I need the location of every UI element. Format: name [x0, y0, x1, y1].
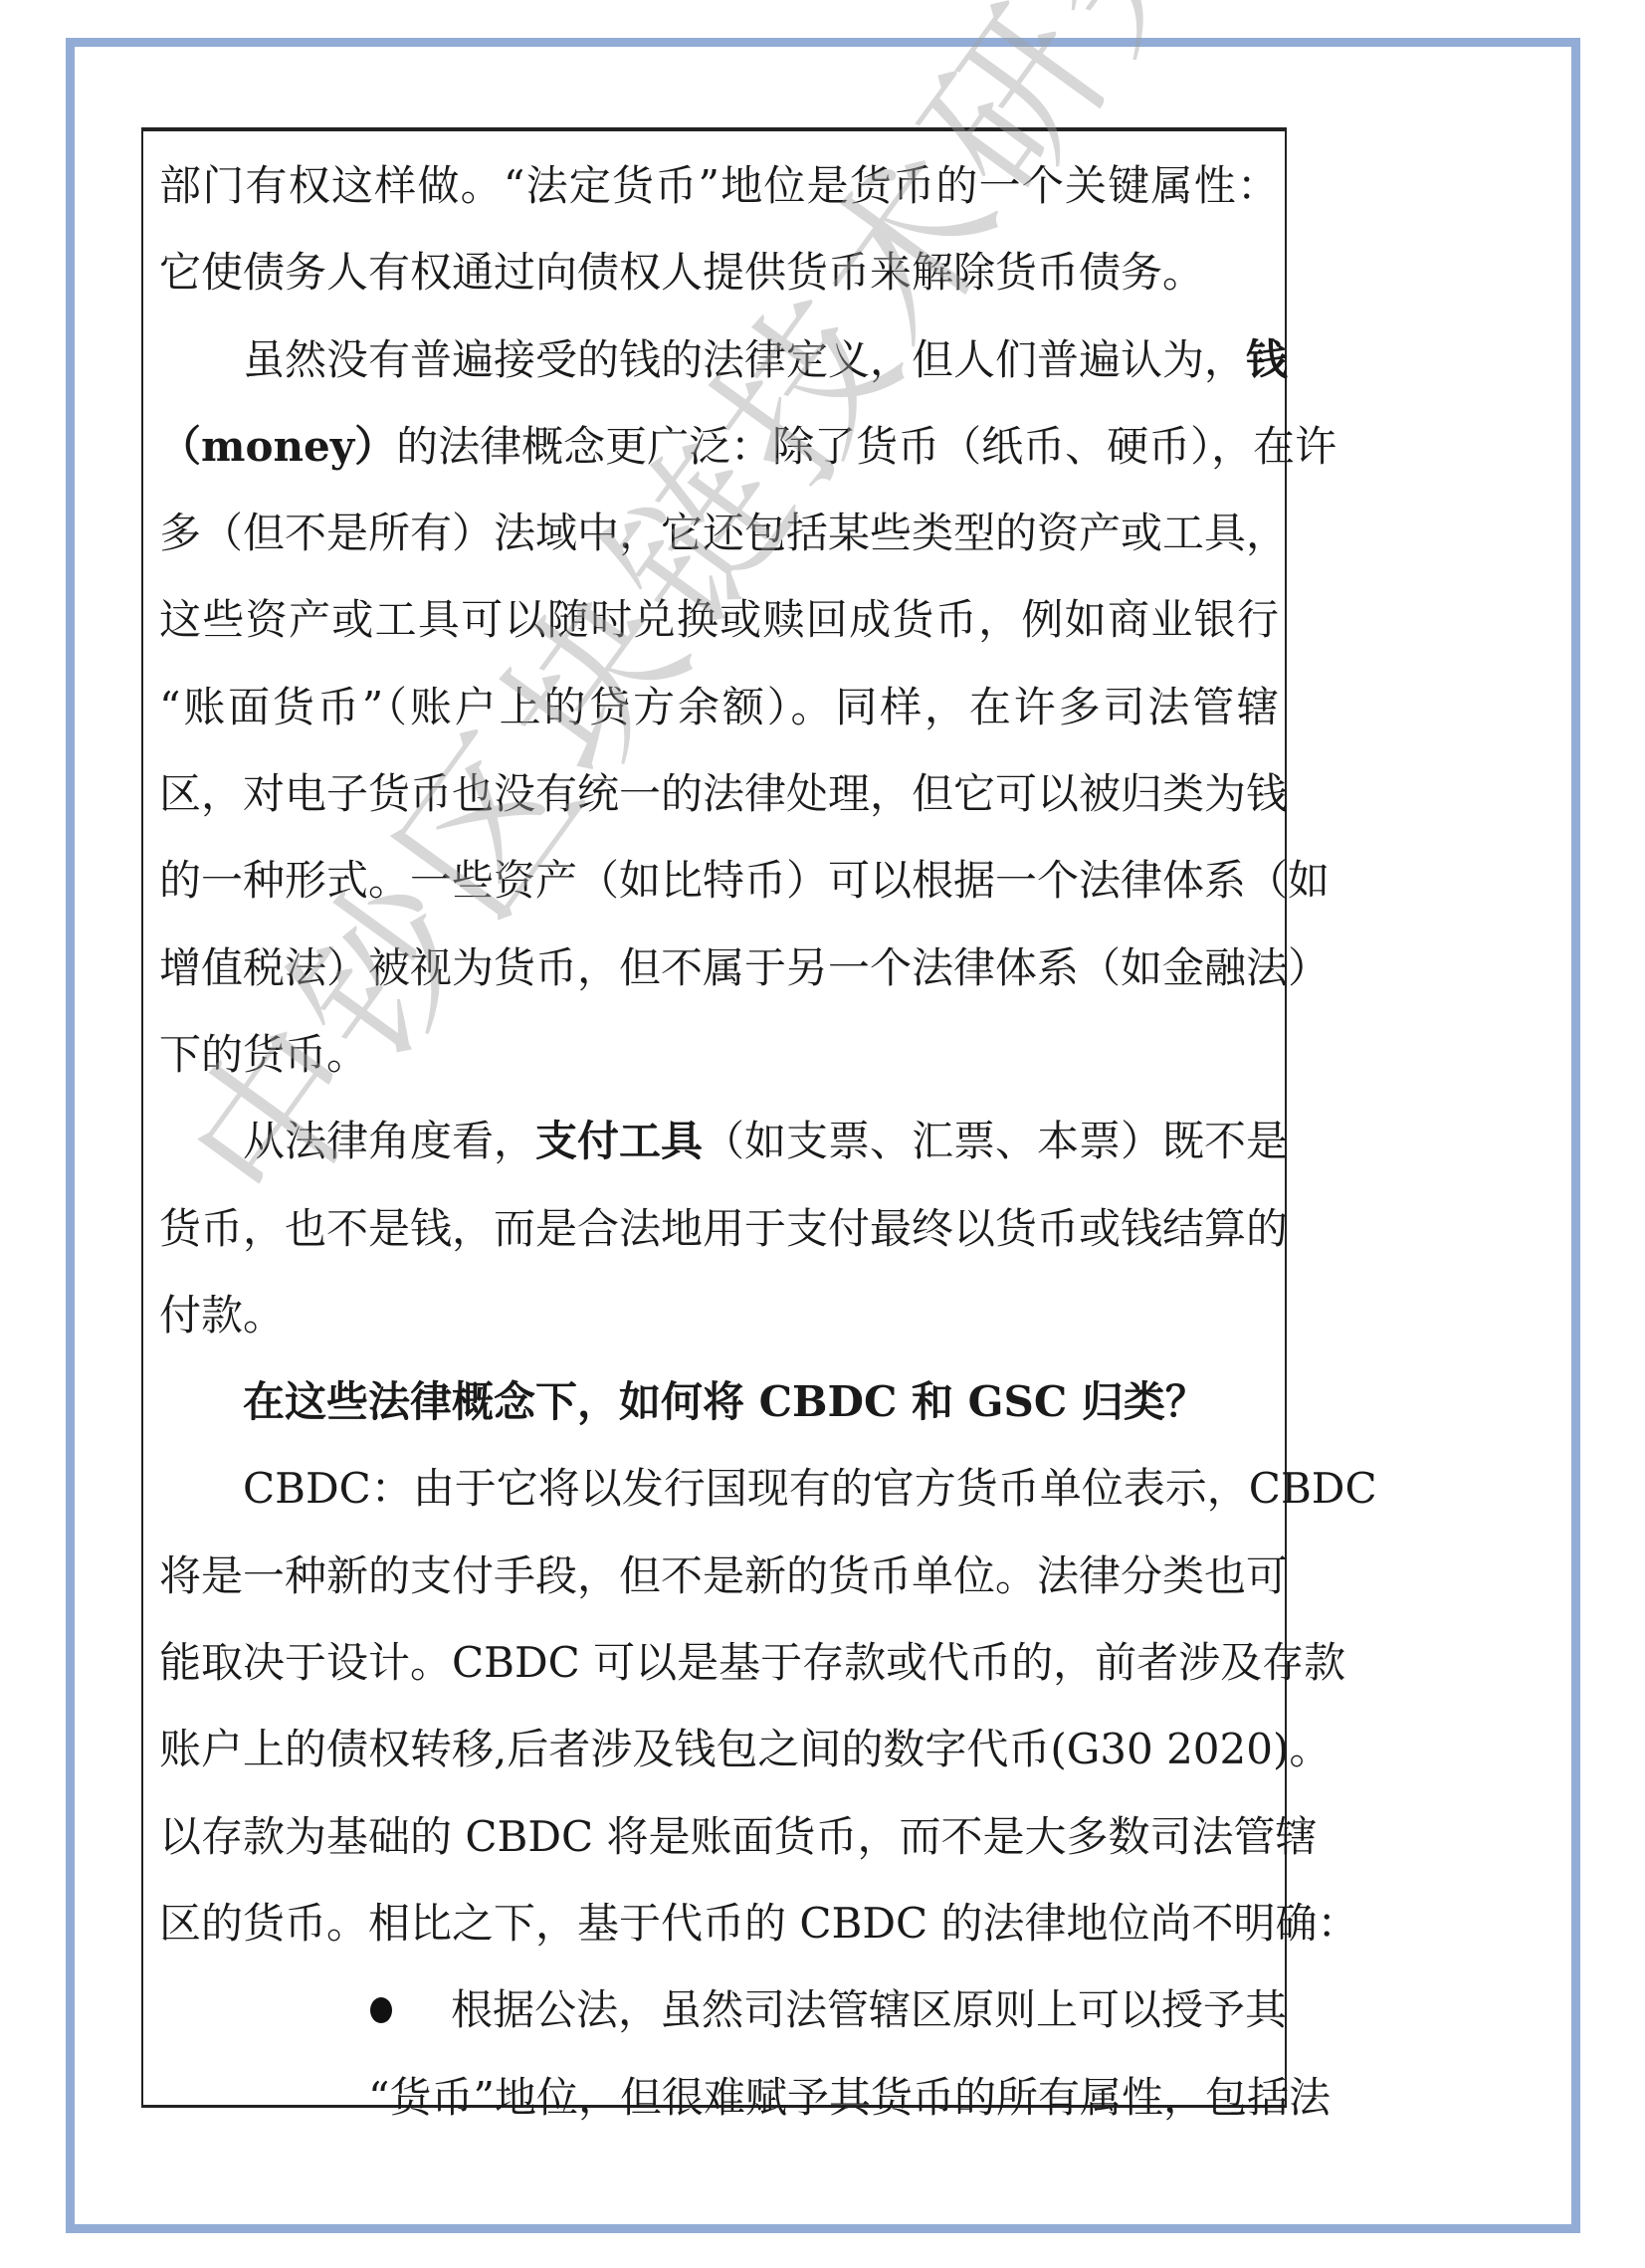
text-line: 将是一种新的支付手段，但不是新的货币单位。法律分类也可: [159, 1533, 1279, 1619]
text-line: 它使债务人有权通过向债权人提供货币来解除货币债务。: [159, 229, 1279, 315]
text-line: 多（但不是所有）法域中，它还包括某些类型的资产或工具，: [159, 490, 1279, 576]
text-line: 部门有权这样做。“法定货币”地位是货币的一个关键属性：: [159, 142, 1279, 229]
bullet-list: 根据公法，虽然司法管辖区原则上可以授予其 “货币”地位，但很难赋予其货币的所有属…: [159, 1966, 1279, 2141]
paragraph-payment-instruments: 从法律角度看，支付工具（如支票、汇票、本票）既不是 货币，也不是钱，而是合法地用…: [159, 1098, 1279, 1358]
text-line: 付款。: [159, 1272, 1279, 1358]
text-line: 能取决于设计。CBDC 可以是基于存款或代币的，前者涉及存款: [159, 1619, 1279, 1706]
text-line: “货币”地位，但很难赋予其货币的所有属性，包括法: [159, 2054, 1279, 2141]
bold-term-money-en: （money）: [159, 422, 396, 471]
text-span: （如支票、汇票、本票）既不是: [703, 1117, 1288, 1165]
text-line: “账面货币”（账户上的贷方余额）。同样，在许多司法管辖: [159, 664, 1279, 750]
section-heading: 在这些法律概念下，如何将 CBDC 和 GSC 归类？: [159, 1358, 1279, 1445]
text-line: 区的货币。相比之下，基于代币的 CBDC 的法律地位尚不明确：: [159, 1880, 1279, 1966]
text-span: 虽然没有普遍接受的钱的法律定义，但人们普遍认为，: [243, 335, 1246, 384]
text-line: 的一种形式。一些资产（如比特币）可以根据一个法律体系（如: [159, 837, 1279, 924]
text-line: 区，对电子货币也没有统一的法律处理，但它可以被归类为钱: [159, 750, 1279, 837]
text-span: 从法律角度看，: [243, 1117, 535, 1165]
text-line: 下的货币。: [159, 1011, 1279, 1098]
text-span: 根据公法，虽然司法管辖区原则上可以授予其: [368, 1966, 1279, 2053]
text-line: 这些资产或工具可以随时兑换或赎回成货币，例如商业银行: [159, 576, 1279, 663]
paragraph-cbdc: CBDC：由于它将以发行国现有的官方货币单位表示，CBDC 将是一种新的支付手段…: [159, 1445, 1279, 1966]
bold-term-payment-instruments: 支付工具: [535, 1117, 703, 1165]
text-line: 账户上的债权转移,后者涉及钱包之间的数字代币(G30 2020)。: [159, 1706, 1279, 1792]
document-body: 部门有权这样做。“法定货币”地位是货币的一个关键属性： 它使债务人有权通过向债权…: [159, 142, 1279, 2141]
paragraph-legal-tender: 部门有权这样做。“法定货币”地位是货币的一个关键属性： 它使债务人有权通过向债权…: [159, 142, 1279, 316]
text-line: CBDC：由于它将以发行国现有的官方货币单位表示，CBDC: [159, 1445, 1279, 1532]
text-span: 的法律概念更广泛：除了货币（纸币、硬币），在许: [396, 422, 1337, 471]
text-line: 从法律角度看，支付工具（如支票、汇票、本票）既不是: [159, 1098, 1279, 1184]
text-line: 货币，也不是钱，而是合法地用于支付最终以货币或钱结算的: [159, 1185, 1279, 1272]
text-line: （money）的法律概念更广泛：除了货币（纸币、硬币），在许: [159, 403, 1279, 490]
bold-term-money: 钱: [1246, 335, 1288, 384]
text-line: 以存款为基础的 CBDC 将是账面货币，而不是大多数司法管辖: [159, 1793, 1279, 1880]
bullet-item: 根据公法，虽然司法管辖区原则上可以授予其: [159, 1966, 1279, 2053]
paragraph-money-definition: 虽然没有普遍接受的钱的法律定义，但人们普遍认为，钱 （money）的法律概念更广…: [159, 316, 1279, 1099]
text-line: 增值税法）被视为货币，但不属于另一个法律体系（如金融法）: [159, 925, 1279, 1011]
text-line: 虽然没有普遍接受的钱的法律定义，但人们普遍认为，钱: [159, 316, 1279, 403]
